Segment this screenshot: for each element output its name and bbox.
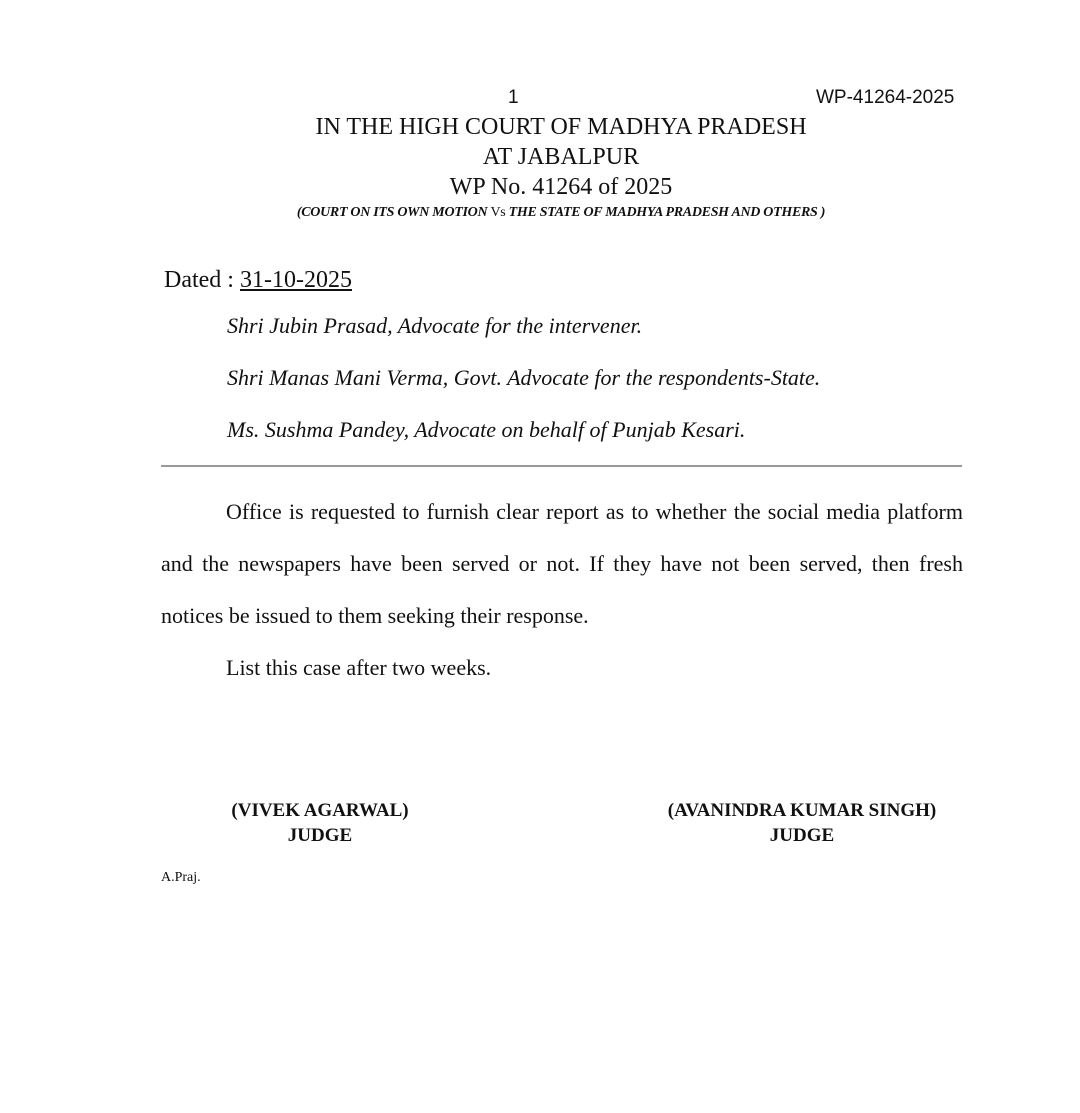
appearance-state: Shri Manas Mani Verma, Govt. Advocate fo… (227, 365, 820, 391)
dated-line: Dated : 31-10-2025 (164, 267, 352, 294)
order-body: Office is requested to furnish clear rep… (161, 486, 963, 694)
signature-block-left: (VIVEK AGARWAL) JUDGE (200, 798, 440, 848)
respondent: THE STATE OF MADHYA PRADESH AND OTHERS ) (509, 205, 825, 220)
petitioner: (COURT ON ITS OWN MOTION (297, 205, 487, 220)
parties-line: (COURT ON ITS OWN MOTION Vs THE STATE OF… (0, 205, 1080, 221)
judge-designation: JUDGE (620, 823, 984, 848)
court-title: IN THE HIGH COURT OF MADHYA PRADESH (0, 114, 1080, 141)
versus: Vs (490, 205, 505, 220)
case-reference: WP-41264-2025 (816, 87, 954, 109)
case-number: WP No. 41264 of 2025 (0, 174, 1080, 201)
page-number: 1 (508, 87, 519, 109)
judge-name: (VIVEK AGARWAL) (200, 798, 440, 823)
order-paragraph: List this case after two weeks. (161, 642, 963, 694)
judge-designation: JUDGE (200, 823, 440, 848)
appearance-punjab-kesari: Ms. Sushma Pandey, Advocate on behalf of… (227, 417, 745, 443)
court-place: AT JABALPUR (0, 144, 1080, 171)
order-paragraph: Office is requested to furnish clear rep… (161, 486, 963, 642)
judge-name: (AVANINDRA KUMAR SINGH) (620, 798, 984, 823)
appearance-intervener: Shri Jubin Prasad, Advocate for the inte… (227, 313, 642, 339)
typist-initials: A.Praj. (161, 870, 201, 886)
divider (161, 465, 962, 467)
signature-block-right: (AVANINDRA KUMAR SINGH) JUDGE (620, 798, 984, 848)
dated-label: Dated : (164, 267, 240, 293)
order-date: 31-10-2025 (240, 267, 352, 293)
